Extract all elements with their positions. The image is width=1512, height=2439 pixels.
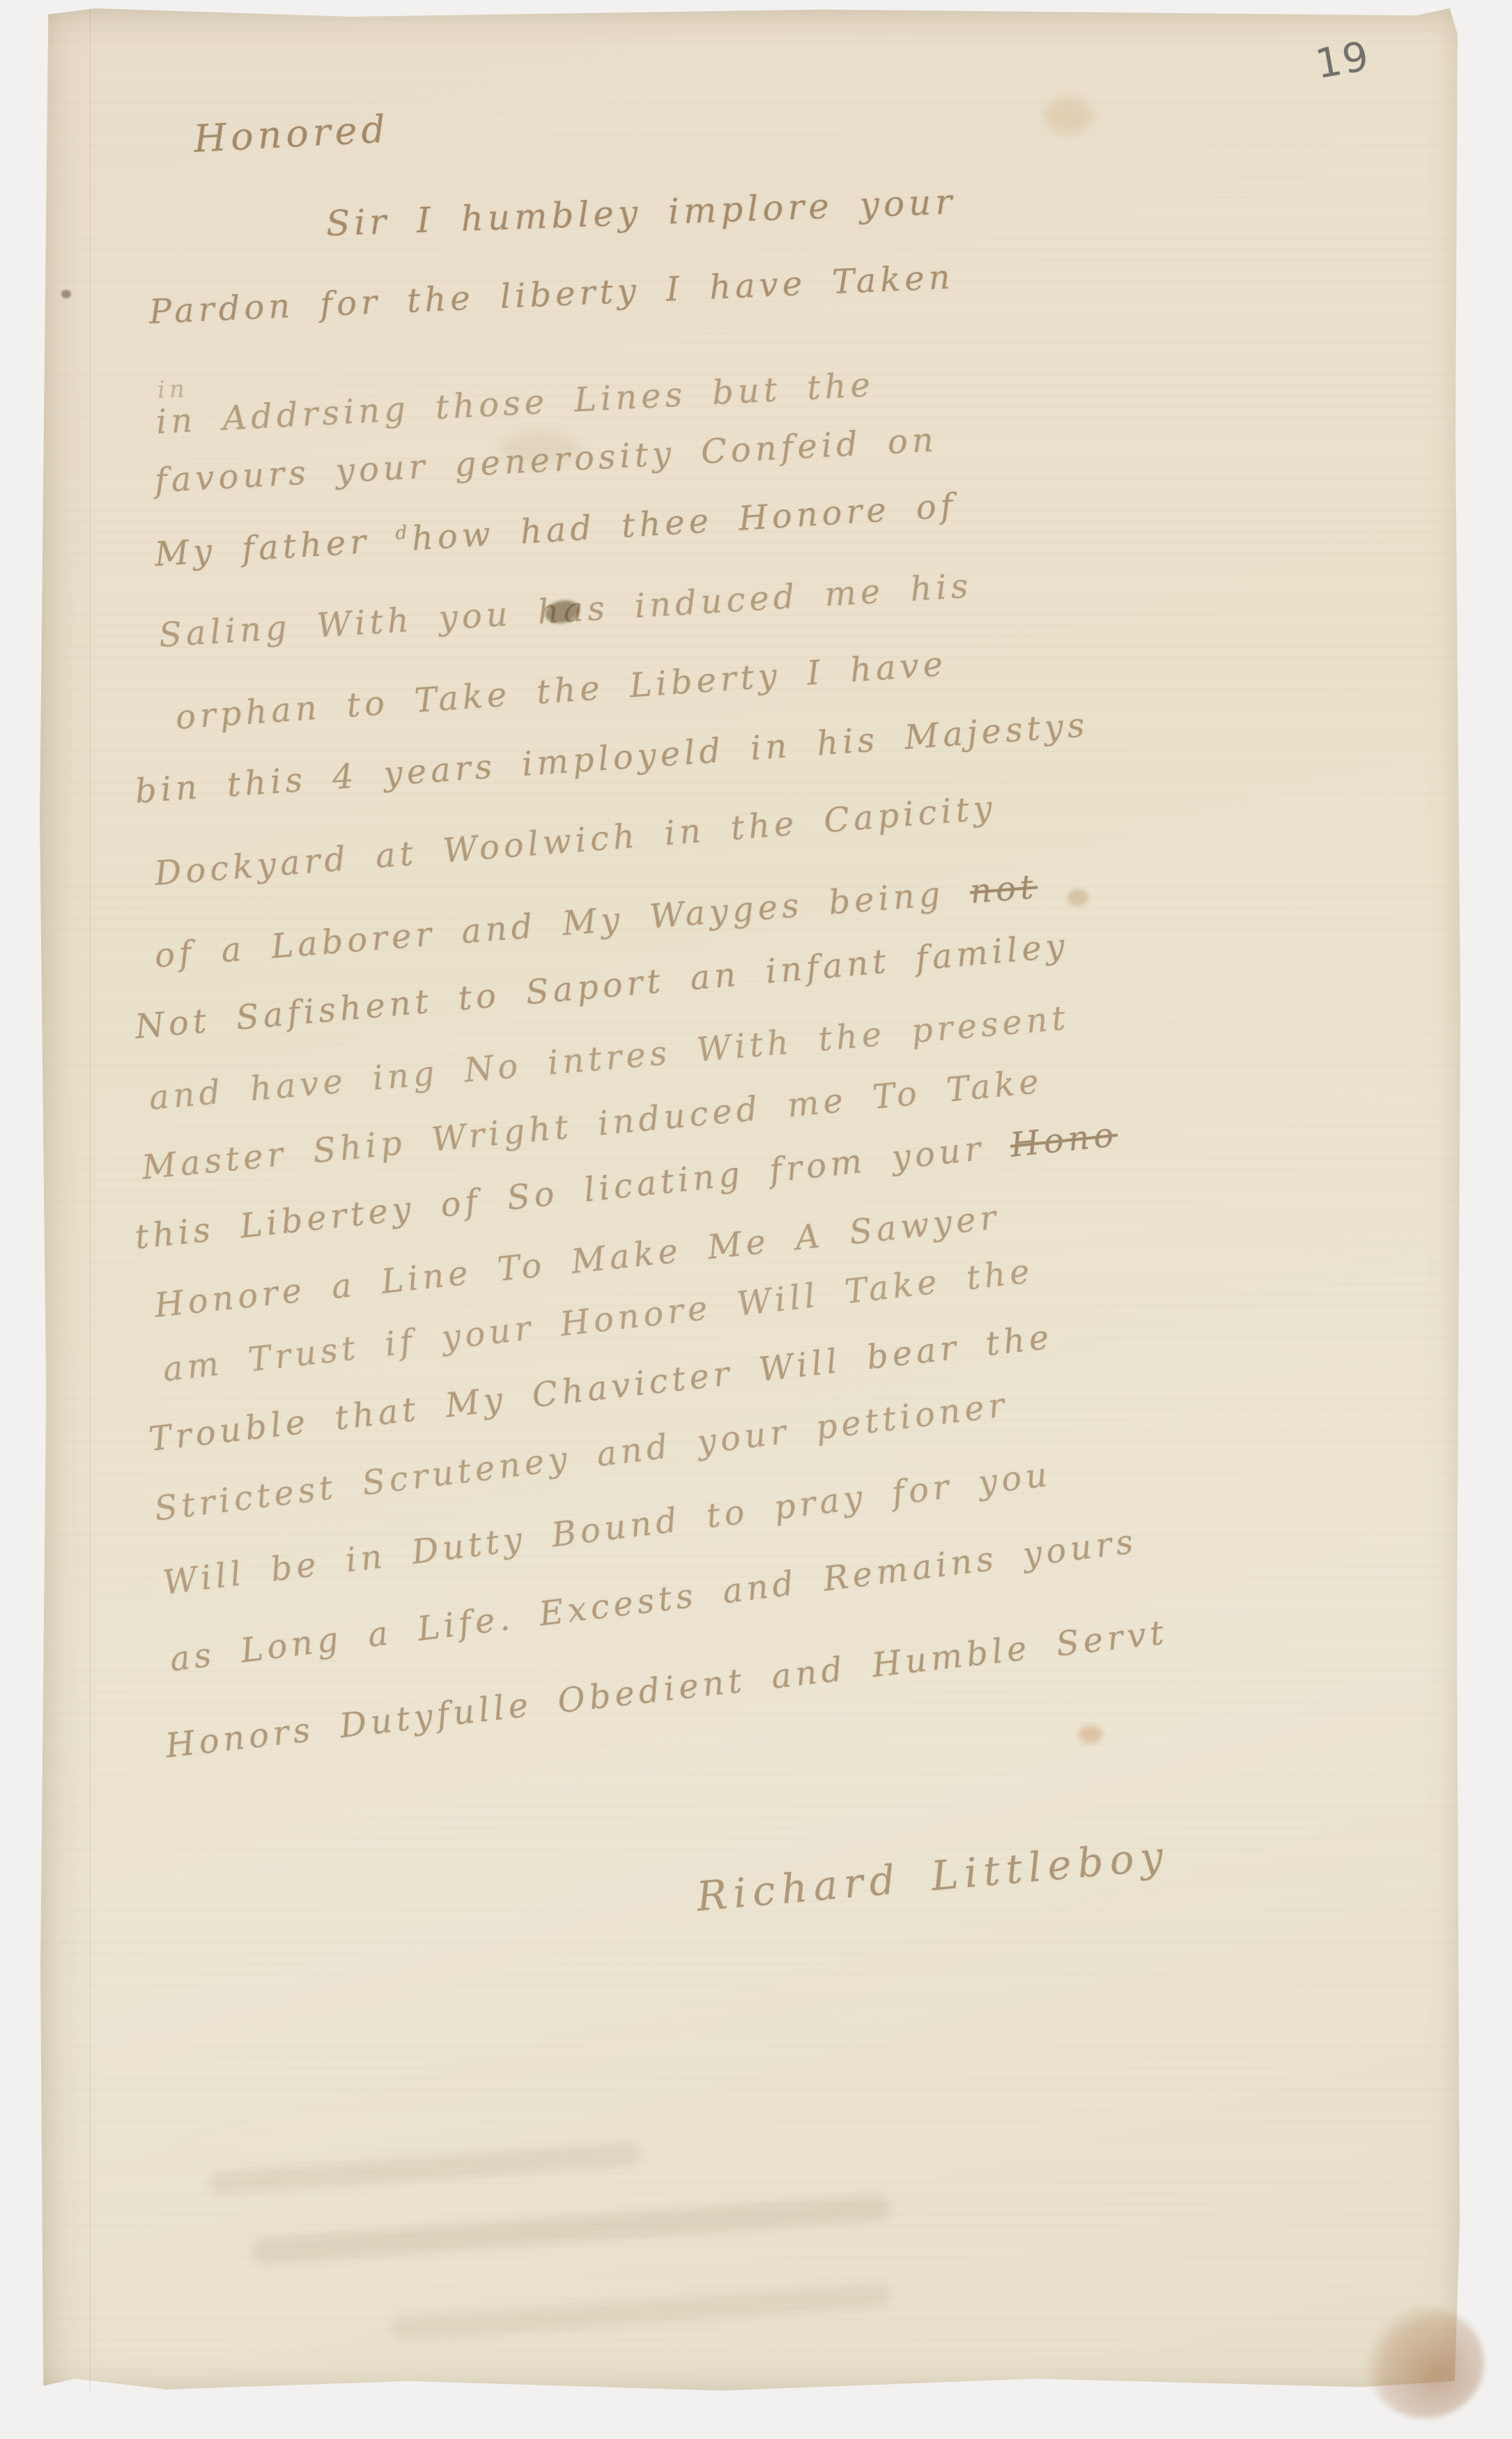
paper-fold-crease [89,8,91,2392]
scanned-letter-page: HonoredSir I humbley implore yourPardon … [0,0,1512,2439]
letter-paper [38,8,1461,2393]
letter-line-4: in [157,375,189,404]
page-number: 19 [1312,32,1373,88]
paper-laid-texture [38,8,1461,2393]
letter-word-sup: d [395,521,412,544]
letter-text-segment: in [157,375,189,404]
letter-word-strike: not [969,867,1039,911]
